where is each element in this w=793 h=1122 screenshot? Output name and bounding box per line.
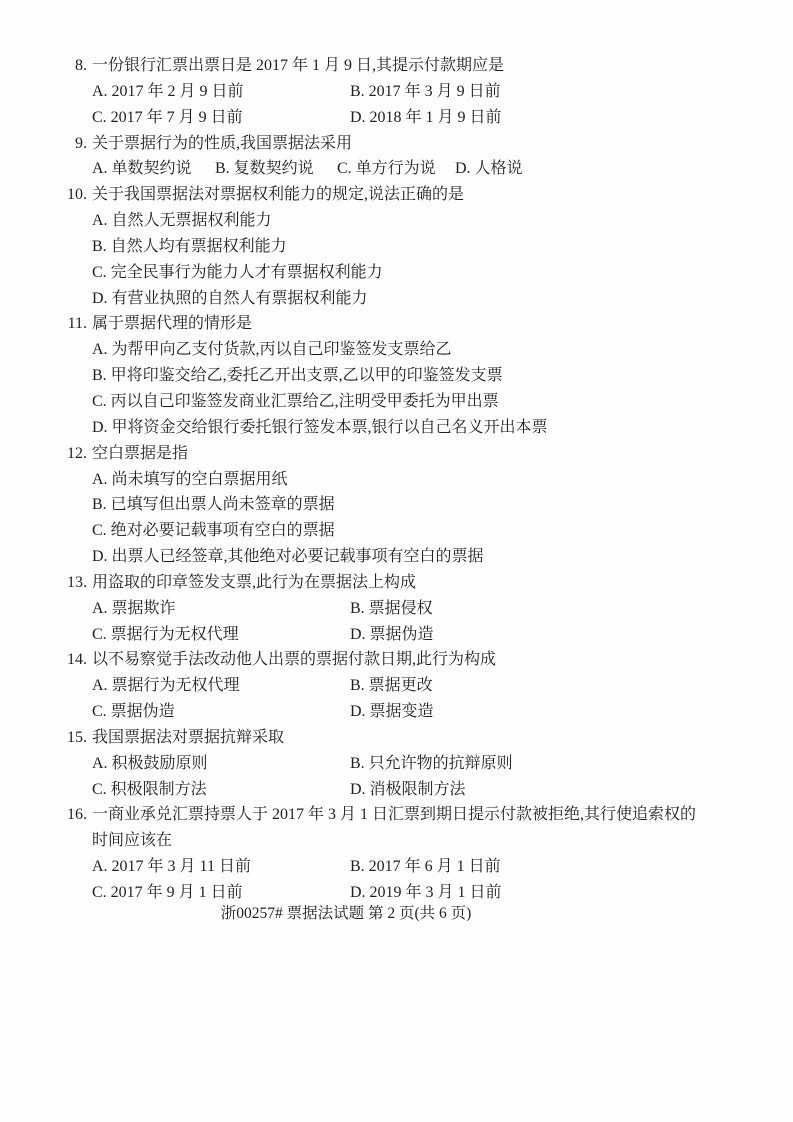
question-15-option-d: D. 消极限制方法 [350, 777, 466, 803]
question-12-option-d: D. 出票人已经签章,其他绝对必要记载事项有空白的票据 [92, 544, 637, 570]
question-16-text: 一商业承兑汇票持票人于 2017 年 3 月 1 日汇票到期日提示付款被拒绝,其… [92, 806, 696, 823]
question-11-option-d: D. 甲将资金交给银行委托银行签发本票,银行以自己名义开出本票 [92, 415, 637, 441]
question-14-option-d: D. 票据变造 [350, 699, 434, 725]
question-15-option-a: A. 积极鼓励原则 [92, 751, 350, 777]
question-10-option-c: C. 完全民事行为能力人才有票据权利能力 [92, 260, 637, 286]
exam-content: 8.一份银行汇票出票日是 2017 年 1 月 9 日,其提示付款期应是 A. … [92, 53, 637, 906]
question-14-stem: 14.以不易察觉手法改动他人出票的票据付款日期,此行为构成 [92, 647, 637, 673]
question-10: 10.关于我国票据法对票据权利能力的规定,说法正确的是 A. 自然人无票据权利能… [92, 182, 637, 311]
question-15-stem: 15.我国票据法对票据抗辩采取 [92, 725, 637, 751]
question-13-stem: 13.用盗取的印章签发支票,此行为在票据法上构成 [92, 570, 637, 596]
question-8-stem: 8.一份银行汇票出票日是 2017 年 1 月 9 日,其提示付款期应是 [92, 53, 637, 79]
question-8-option-c: C. 2017 年 7 月 9 日前 [92, 105, 350, 131]
question-15-option-b: B. 只允许物的抗辩原则 [350, 751, 513, 777]
question-9: 9.关于票据行为的性质,我国票据法采用 A. 单数契约说 B. 复数契约说 C.… [92, 131, 637, 183]
question-14-text: 以不易察觉手法改动他人出票的票据付款日期,此行为构成 [92, 651, 496, 668]
question-9-option-b: B. 复数契约说 [215, 156, 337, 182]
question-16-option-b: B. 2017 年 6 月 1 日前 [350, 854, 501, 880]
question-8-options-row-1: A. 2017 年 2 月 9 日前 B. 2017 年 3 月 9 日前 [92, 79, 637, 105]
question-16: 16.一商业承兑汇票持票人于 2017 年 3 月 1 日汇票到期日提示付款被拒… [92, 802, 637, 905]
question-11-text: 属于票据代理的情形是 [92, 315, 252, 332]
question-16-stem: 16.一商业承兑汇票持票人于 2017 年 3 月 1 日汇票到期日提示付款被拒… [92, 802, 637, 828]
question-11-option-a: A. 为帮甲向乙支付货款,丙以自己印鉴签发支票给乙 [92, 337, 637, 363]
question-10-stem: 10.关于我国票据法对票据权利能力的规定,说法正确的是 [92, 182, 637, 208]
question-15: 15.我国票据法对票据抗辩采取 A. 积极鼓励原则 B. 只允许物的抗辩原则 C… [92, 725, 637, 803]
question-9-options-row: A. 单数契约说 B. 复数契约说 C. 单方行为说 D. 人格说 [92, 156, 637, 182]
question-8-text: 一份银行汇票出票日是 2017 年 1 月 9 日,其提示付款期应是 [92, 57, 504, 74]
question-8-number: 8. [75, 53, 92, 79]
question-14: 14.以不易察觉手法改动他人出票的票据付款日期,此行为构成 A. 票据行为无权代… [92, 647, 637, 725]
question-14-options-row-2: C. 票据伪造 D. 票据变造 [92, 699, 637, 725]
question-8-option-a: A. 2017 年 2 月 9 日前 [92, 79, 350, 105]
question-12-text: 空白票据是指 [92, 445, 188, 462]
question-14-option-c: C. 票据伪造 [92, 699, 350, 725]
question-11: 11.属于票据代理的情形是 A. 为帮甲向乙支付货款,丙以自己印鉴签发支票给乙 … [92, 311, 637, 440]
question-16-stem-line-2: 时间应该在 [92, 828, 637, 854]
question-16-option-a: A. 2017 年 3 月 11 日前 [92, 854, 350, 880]
question-9-option-d: D. 人格说 [455, 156, 523, 182]
question-8-option-b: B. 2017 年 3 月 9 日前 [350, 79, 501, 105]
question-13-option-c: C. 票据行为无权代理 [92, 622, 350, 648]
question-10-option-d: D. 有营业执照的自然人有票据权利能力 [92, 286, 637, 312]
question-16-number: 16. [67, 802, 92, 828]
page-footer: 浙00257# 票据法试题 第 2 页(共 6 页) [62, 901, 630, 927]
question-15-text: 我国票据法对票据抗辩采取 [92, 729, 284, 746]
question-14-number: 14. [67, 647, 92, 673]
exam-page: 8.一份银行汇票出票日是 2017 年 1 月 9 日,其提示付款期应是 A. … [0, 0, 793, 1122]
question-15-option-c: C. 积极限制方法 [92, 777, 350, 803]
question-12-number: 12. [67, 441, 92, 467]
question-9-number: 9. [75, 131, 92, 157]
question-14-option-a: A. 票据行为无权代理 [92, 673, 350, 699]
question-9-stem: 9.关于票据行为的性质,我国票据法采用 [92, 131, 637, 157]
question-15-options-row-1: A. 积极鼓励原则 B. 只允许物的抗辩原则 [92, 751, 637, 777]
question-10-option-a: A. 自然人无票据权利能力 [92, 208, 637, 234]
question-14-options-row-1: A. 票据行为无权代理 B. 票据更改 [92, 673, 637, 699]
question-11-option-b: B. 甲将印鉴交给乙,委托乙开出支票,乙以甲的印鉴签发支票 [92, 363, 637, 389]
question-13-options-row-1: A. 票据欺诈 B. 票据侵权 [92, 596, 637, 622]
question-13-option-a: A. 票据欺诈 [92, 596, 350, 622]
question-13-option-b: B. 票据侵权 [350, 596, 433, 622]
question-11-stem: 11.属于票据代理的情形是 [92, 311, 637, 337]
question-12-stem: 12.空白票据是指 [92, 441, 637, 467]
question-12-option-c: C. 绝对必要记载事项有空白的票据 [92, 518, 637, 544]
question-9-text: 关于票据行为的性质,我国票据法采用 [92, 135, 352, 152]
question-9-option-a: A. 单数契约说 [92, 156, 215, 182]
question-13-option-d: D. 票据伪造 [350, 622, 434, 648]
question-12-option-a: A. 尚未填写的空白票据用纸 [92, 467, 637, 493]
question-11-number: 11. [68, 311, 92, 337]
question-9-option-c: C. 单方行为说 [337, 156, 455, 182]
question-10-option-b: B. 自然人均有票据权利能力 [92, 234, 637, 260]
question-11-option-c: C. 丙以自己印鉴签发商业汇票给乙,注明受甲委托为甲出票 [92, 389, 637, 415]
question-15-number: 15. [67, 725, 92, 751]
question-8: 8.一份银行汇票出票日是 2017 年 1 月 9 日,其提示付款期应是 A. … [92, 53, 637, 131]
question-14-option-b: B. 票据更改 [350, 673, 433, 699]
question-16-options-row-1: A. 2017 年 3 月 11 日前 B. 2017 年 6 月 1 日前 [92, 854, 637, 880]
question-10-number: 10. [67, 182, 92, 208]
question-13-options-row-2: C. 票据行为无权代理 D. 票据伪造 [92, 622, 637, 648]
question-8-options-row-2: C. 2017 年 7 月 9 日前 D. 2018 年 1 月 9 日前 [92, 105, 637, 131]
question-15-options-row-2: C. 积极限制方法 D. 消极限制方法 [92, 777, 637, 803]
question-12-option-b: B. 已填写但出票人尚未签章的票据 [92, 492, 637, 518]
question-12: 12.空白票据是指 A. 尚未填写的空白票据用纸 B. 已填写但出票人尚未签章的… [92, 441, 637, 570]
question-13-text: 用盗取的印章签发支票,此行为在票据法上构成 [92, 574, 416, 591]
question-13-number: 13. [67, 570, 92, 596]
question-10-text: 关于我国票据法对票据权利能力的规定,说法正确的是 [92, 186, 464, 203]
question-13: 13.用盗取的印章签发支票,此行为在票据法上构成 A. 票据欺诈 B. 票据侵权… [92, 570, 637, 648]
question-8-option-d: D. 2018 年 1 月 9 日前 [350, 105, 502, 131]
